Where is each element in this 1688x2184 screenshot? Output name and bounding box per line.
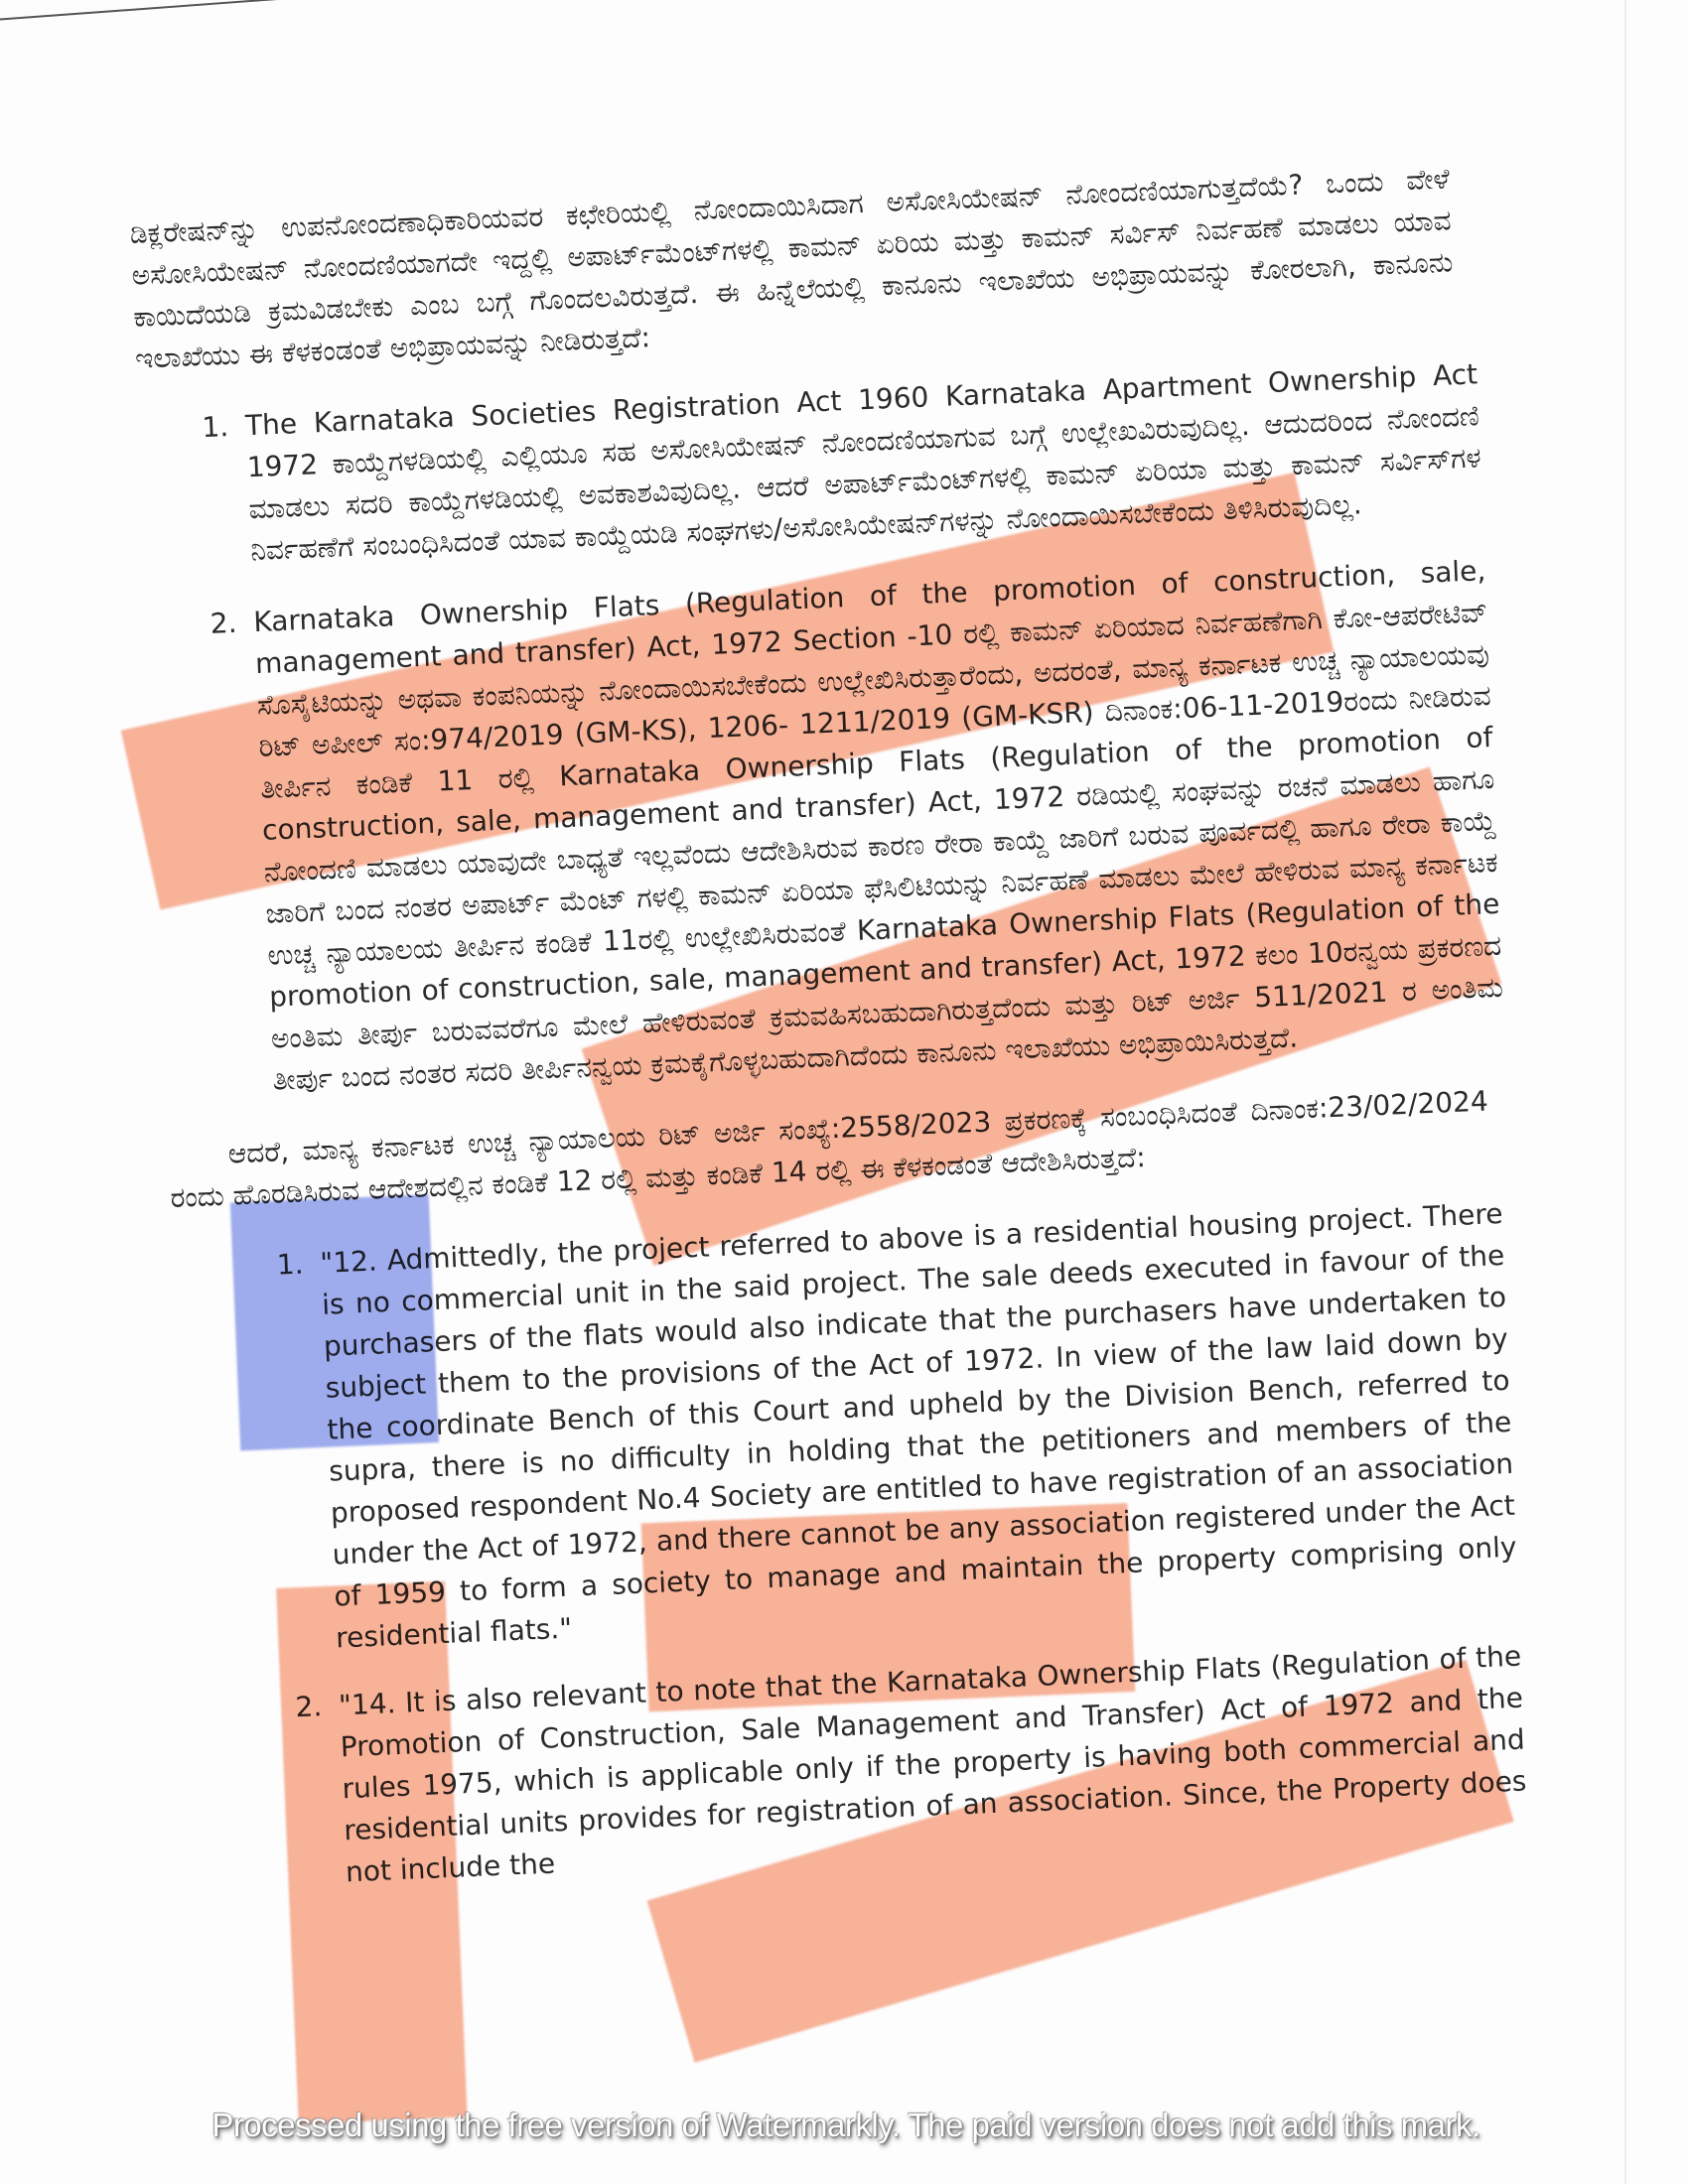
court-quote-list: "12. Admittedly, the project referred to… xyxy=(173,1193,1529,1900)
opinion-item: Karnataka Ownership Flats (Regulation of… xyxy=(244,550,1505,1102)
scan-right-edge xyxy=(1624,0,1626,2184)
watermark-text: Processed using the free version of Wate… xyxy=(62,2107,1630,2144)
court-quote-item: "12. Admittedly, the project referred to… xyxy=(312,1193,1520,1660)
intro-paragraph: ಡಿಕ್ಲರೇಷನ್‌ನ್ನು ಉಪನೋಂದಣಾಧಿಕಾರಿಯವರ ಕಛೇರಿಯ… xyxy=(129,158,1456,380)
court-quote-item: "14. It is also relevant to note that th… xyxy=(330,1636,1529,1894)
scan-page-edge xyxy=(0,0,872,22)
opinion-list: The Karnataka Societies Registration Act… xyxy=(137,353,1505,1106)
opinion-item: The Karnataka Societies Registration Act… xyxy=(236,353,1483,572)
document-page: ಡಿಕ್ಲರೇಷನ್‌ನ್ನು ಉಪನೋಂದಣಾಧಿಕಾರಿಯವರ ಕಛೇರಿಯ… xyxy=(129,157,1550,1925)
court-order-paragraph: ಆದರೆ, ಮಾನ್ಯ ಕರ್ನಾಟಕ ಉಚ್ಚ ನ್ಯಾಯಾಲಯ ರಿಟ್ ಅ… xyxy=(168,1080,1490,1219)
